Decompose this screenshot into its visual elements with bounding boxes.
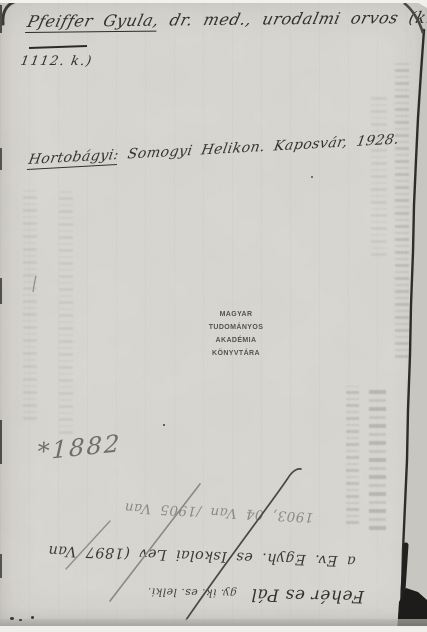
ink-dot — [163, 424, 165, 426]
stamp-line-2: TUDOMÁNYOS AKADÉMIA — [196, 321, 276, 347]
inverted-ink-bottom: Fehér es Pál gy. ik. es. lelki. — [120, 576, 365, 612]
stamp-line-1: MAGYAR — [196, 308, 276, 321]
dust-speck — [31, 616, 34, 619]
library-stamp: MAGYAR TUDOMÁNYOS AKADÉMIA KÖNYVTÁRA — [196, 308, 276, 360]
bleedthrough-column — [346, 386, 359, 524]
bottom-shadow-band — [0, 619, 427, 626]
bottom-white-strip — [0, 626, 427, 632]
dust-speck — [19, 619, 22, 621]
inverted-name: Fehér es Pál — [251, 584, 364, 606]
scanned-document: Pfeiffer Gyula, dr. med., urodalmi orvos… — [0, 0, 427, 632]
bleedthrough-column — [371, 96, 387, 256]
bleedthrough-column — [59, 190, 73, 434]
handwritten-call-number: 1112. k.) — [19, 54, 94, 69]
bleedthrough-column — [395, 62, 409, 358]
underlined-name: Pfeiffer Gyula, — [25, 11, 162, 33]
top-white-strip — [0, 0, 427, 3]
ink-dot — [311, 176, 313, 178]
dust-speck — [10, 617, 14, 620]
inverted-note: gy. ik. es. lelki. — [147, 586, 237, 601]
owner-line-rest: dr. med., urodalmi orvos (k. X: — [157, 7, 427, 29]
bleedthrough-column — [23, 186, 37, 420]
stamp-line-3: KÖNYVTÁRA — [196, 347, 276, 360]
bleedthrough-column — [369, 390, 386, 530]
